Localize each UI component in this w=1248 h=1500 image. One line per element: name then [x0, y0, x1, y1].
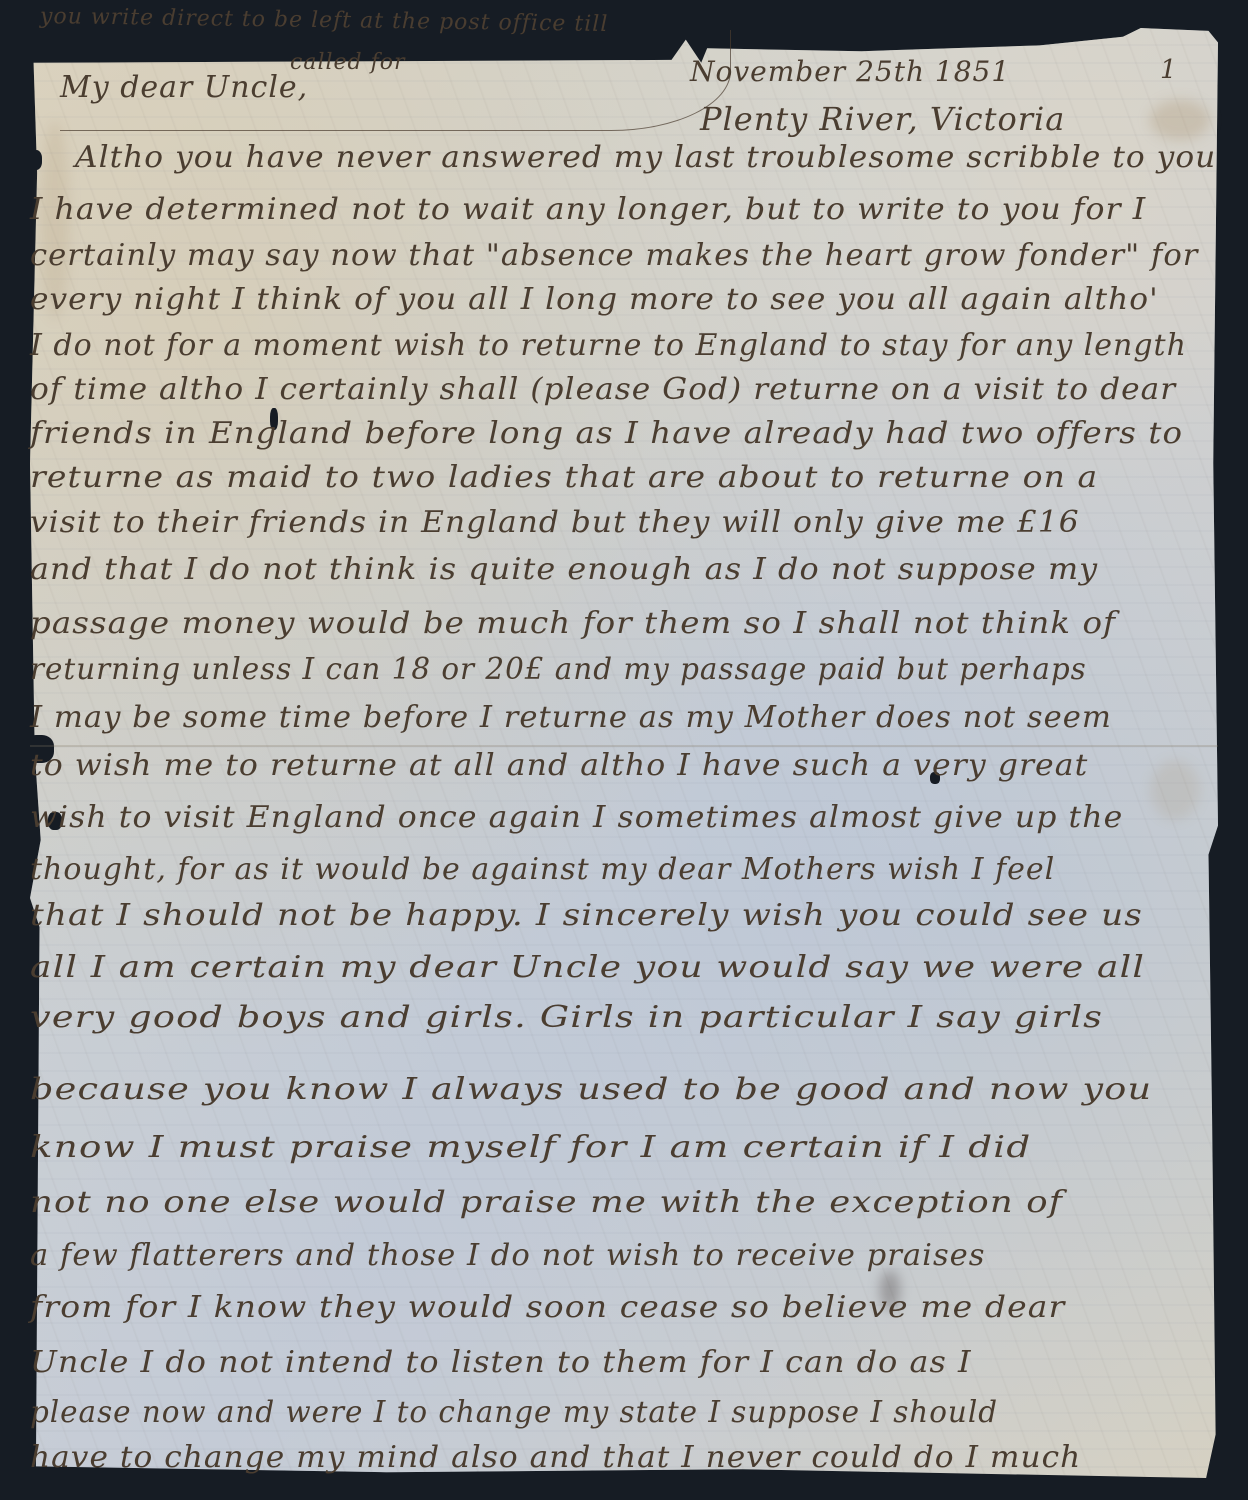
- letter-date: November 25th 1851: [690, 55, 1010, 88]
- letter-place: Plenty River, Victoria: [700, 100, 1065, 138]
- body-line: I do not for a moment wish to returne to…: [30, 328, 1187, 363]
- letter-salutation: My dear Uncle,: [60, 70, 308, 105]
- body-line: please now and were I to change my state…: [30, 1395, 998, 1430]
- body-line: have to change my mind also and that I n…: [30, 1440, 1081, 1475]
- body-line: I have determined not to wait any longer…: [30, 192, 1146, 227]
- page-number: 1: [1160, 55, 1177, 85]
- body-line: certainly may say now that "absence make…: [30, 238, 1198, 273]
- body-line: not no one else would praise me with the…: [30, 1185, 1063, 1220]
- body-line: friends in England before long as I have…: [30, 416, 1183, 451]
- paper-stain: [1150, 100, 1210, 140]
- body-line: and that I do not think is quite enough …: [30, 552, 1098, 587]
- body-line: every night I think of you all I long mo…: [30, 282, 1159, 317]
- paper-hole: [28, 150, 42, 170]
- body-line: to wish me to returne at all and altho I…: [30, 748, 1088, 783]
- paper-stain: [1150, 760, 1200, 820]
- body-line: returne as maid to two ladies that are a…: [30, 460, 1098, 495]
- body-line: passage money would be much for them so …: [30, 606, 1116, 641]
- body-line: all I am certain my dear Uncle you would…: [30, 950, 1145, 985]
- body-line: returning unless I can 18 or 20£ and my …: [30, 652, 1087, 687]
- fold-line: [30, 745, 1218, 747]
- body-line: that I should not be happy. I sincerely …: [30, 898, 1143, 933]
- body-line: I may be some time before I returne as m…: [30, 700, 1112, 735]
- body-line: wish to visit England once again I somet…: [30, 800, 1123, 835]
- body-line: Uncle I do not intend to listen to them …: [30, 1345, 972, 1380]
- body-line: a few flatterers and those I do not wish…: [30, 1238, 986, 1273]
- body-line: very good boys and girls. Girls in parti…: [30, 1000, 1103, 1035]
- body-line: from for I know they would soon cease so…: [30, 1290, 1065, 1325]
- body-line: of time altho I certainly shall (please …: [30, 372, 1176, 407]
- body-line: visit to their friends in England but th…: [30, 505, 1080, 540]
- body-line: because you know I always used to be goo…: [30, 1072, 1152, 1107]
- body-line: know I must praise myself for I am certa…: [30, 1130, 1031, 1165]
- body-line: thought, for as it would be against my d…: [30, 852, 1055, 887]
- body-line: Altho you have never answered my last tr…: [75, 140, 1216, 175]
